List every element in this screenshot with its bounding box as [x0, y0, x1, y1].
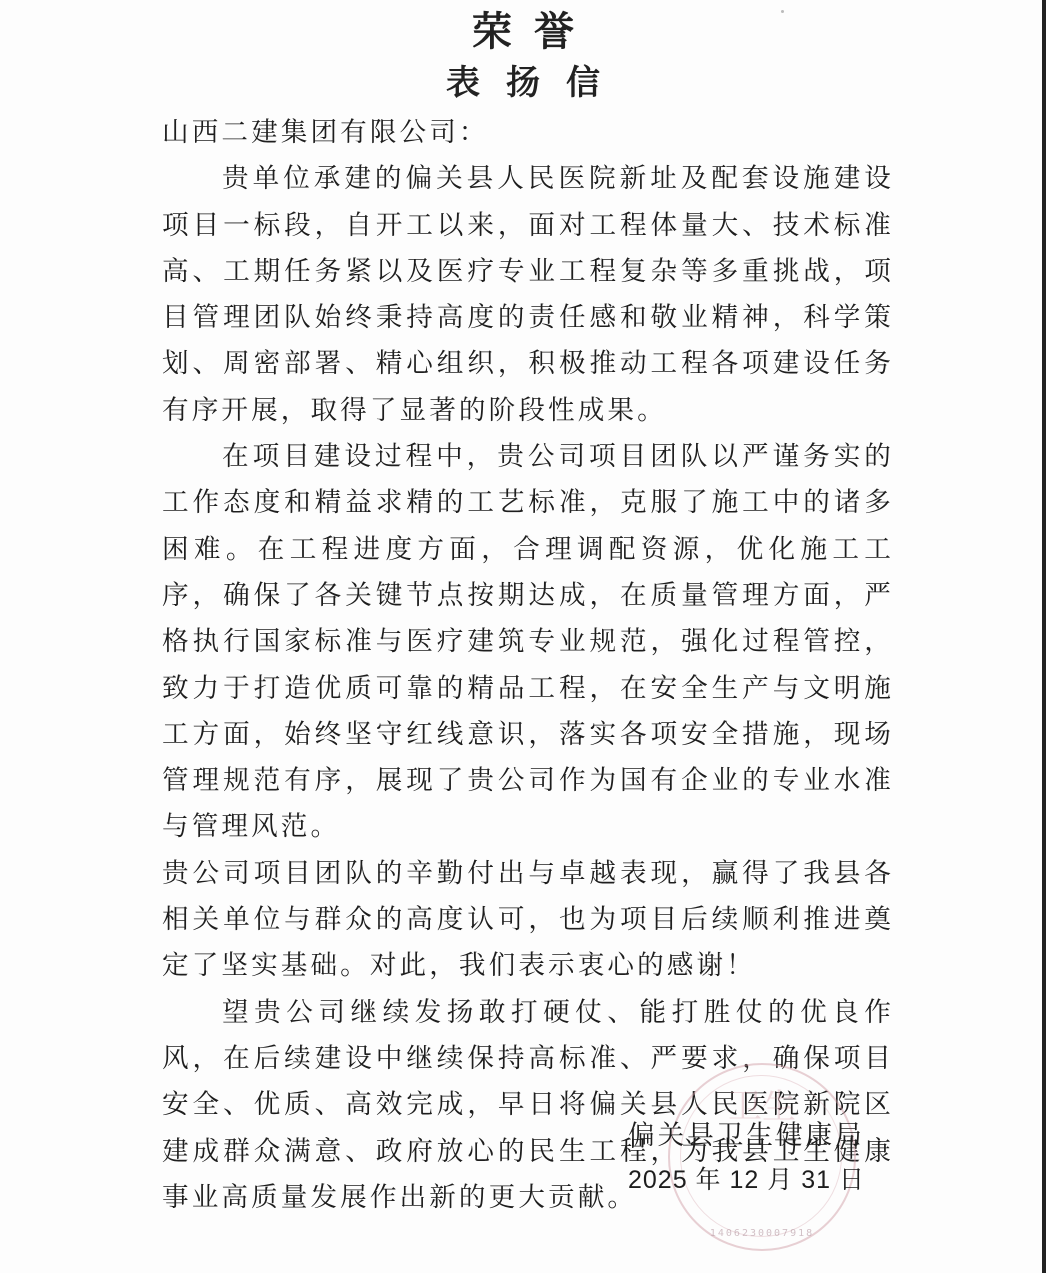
signature-issuer: 偏关县卫生健康局	[628, 1113, 865, 1159]
paragraph-3: 贵公司项目团队的辛勤付出与卓越表现，赢得了我县各相关单位与群众的高度认可，也为项…	[162, 851, 894, 990]
page-edge	[1042, 0, 1046, 1273]
salutation: 山西二建集团有限公司：	[162, 110, 894, 156]
letter-body: 山西二建集团有限公司： 贵单位承建的偏关县人民医院新址及配套设施建设项目一标段，…	[162, 110, 894, 1221]
title-honor: 荣誉	[0, 4, 1046, 60]
paragraph-1: 贵单位承建的偏关县人民医院新址及配套设施建设项目一标段，自开工以来，面对工程体量…	[162, 156, 894, 434]
title-commendation-letter: 表扬信	[0, 58, 1046, 108]
paragraph-2: 在项目建设过程中，贵公司项目团队以严谨务实的工作态度和精益求精的工艺标准，克服了…	[162, 434, 894, 851]
signature-date: 2025 年 12 月 31 日	[628, 1160, 865, 1200]
seal-code: 1406230007918	[670, 1228, 854, 1239]
